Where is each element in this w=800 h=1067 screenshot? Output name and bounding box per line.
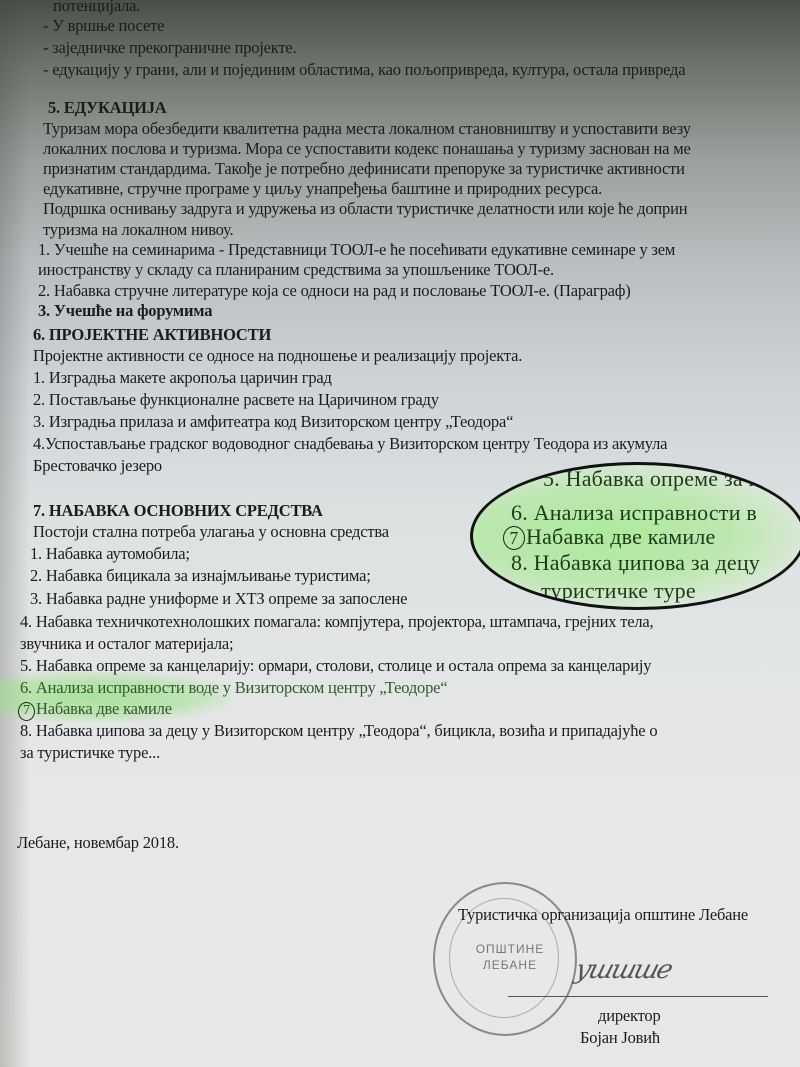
section-7-item: 5. Набавка опреме за канцеларију: ормари… — [20, 656, 651, 676]
callout-line: 7Набавка две камиле — [503, 525, 716, 550]
section-5-paragraph-line: Подршка оснивању задруга и удружења из о… — [43, 199, 687, 219]
signatory-name: Бојан Јовић — [580, 1028, 660, 1048]
zoom-callout: 5. Набавка опреме за к 6. Анализа исправ… — [470, 462, 800, 610]
section-5-paragraph-line: Туризам мора обезбедити квалитетна радна… — [43, 119, 691, 139]
section-6-item: Брестовачко језеро — [33, 456, 162, 476]
signature-line — [508, 996, 768, 997]
section-7-heading: 7. НАБАВКА ОСНОВНИХ СРЕДСТВА — [33, 501, 323, 521]
callout-line: 5. Набавка опреме за к — [543, 467, 759, 491]
section-5-item: 1. Учешће на семинарима - Представници Т… — [38, 240, 675, 260]
signature: ушшше — [572, 955, 674, 985]
circled-number: 7 — [18, 702, 35, 721]
page-shadow — [0, 0, 30, 1067]
section-7-item-highlighted: 6. Анализа исправности воде у Визиторско… — [20, 678, 447, 698]
section-6-item: 4.Успостављање градског водоводног снадб… — [33, 434, 667, 454]
stamp-text: ЛЕБАНЕ — [465, 958, 555, 972]
section-6-intro: Пројектне активности се односе на поднош… — [33, 346, 522, 366]
section-7-intro: Постоји стална потреба улагања у основна… — [33, 522, 389, 542]
intro-line: потенцијала. — [53, 0, 140, 16]
section-5-item: иностранству у складу са планираним сред… — [38, 260, 554, 280]
section-7-item: 2. Набавка бицикала за изнајмљивање тури… — [30, 566, 371, 586]
intro-line: - У вршње посете — [43, 16, 164, 36]
section-5-paragraph-line: локалних послова и туризма. Мора се успо… — [43, 139, 691, 159]
section-7-item: 1. Набавка аутомобила; — [30, 544, 190, 564]
section-5-paragraph-line: едукативне, стручне програме у циљу унап… — [43, 179, 602, 199]
section-6-item: 1. Изградња макете акропоља царичин град — [33, 368, 332, 388]
section-5-item: 2. Набавка стручне литературе која се од… — [38, 281, 631, 301]
stamp-text: ОПШТИНЕ — [465, 942, 555, 956]
intro-line: - заједничке прекограничне пројекте. — [43, 38, 296, 58]
section-7-item: 8. Набавка џипова за децу у Визиторском … — [20, 721, 657, 741]
intro-line: - едукацију у грани, али и појединим обл… — [43, 60, 685, 80]
section-6-item: 2. Постављање функционалне расвете на Ца… — [33, 390, 439, 410]
section-7-item: звучника и осталог материјала; — [20, 634, 233, 654]
section-6-heading: 6. ПРОЈЕКТНЕ АКТИВНОСТИ — [33, 325, 271, 345]
circled-number: 7 — [503, 526, 525, 550]
section-5-paragraph-line: туризма на локалном нивоу. — [43, 220, 233, 240]
section-5-paragraph-line: признатим стандардима. Такође је потребн… — [43, 159, 685, 179]
callout-line: туристичке туре — [541, 579, 696, 603]
item-text: Набавка две камиле — [36, 699, 172, 718]
section-7-item: 4. Набавка техничкотехнолошких помагала:… — [20, 612, 653, 632]
section-5-heading: 5. ЕДУКАЦИЈА — [48, 98, 166, 118]
section-6-item: 3. Изградња прилаза и амфитеатра код Виз… — [33, 412, 513, 432]
signatory-title: директор — [598, 1006, 661, 1026]
callout-line: 6. Анализа исправности в — [511, 501, 757, 525]
place-date: Лебане, новембар 2018. — [17, 833, 179, 853]
callout-text: Набавка две камиле — [526, 524, 716, 549]
section-7-item: 3. Набавка радне униформе и ХТЗ опреме з… — [30, 589, 407, 609]
section-5-item: 3. Учешће на форумима — [38, 301, 212, 321]
document-page: потенцијала. - У вршње посете - заједнич… — [0, 0, 800, 1067]
callout-line: 8. Набавка џипова за децу — [511, 551, 760, 575]
section-7-item: за туристичке туре... — [20, 743, 160, 763]
organization-name: Туристичка организација општине Лебане — [458, 905, 748, 925]
section-7-item-highlighted: 7Набавка две камиле — [18, 699, 172, 721]
